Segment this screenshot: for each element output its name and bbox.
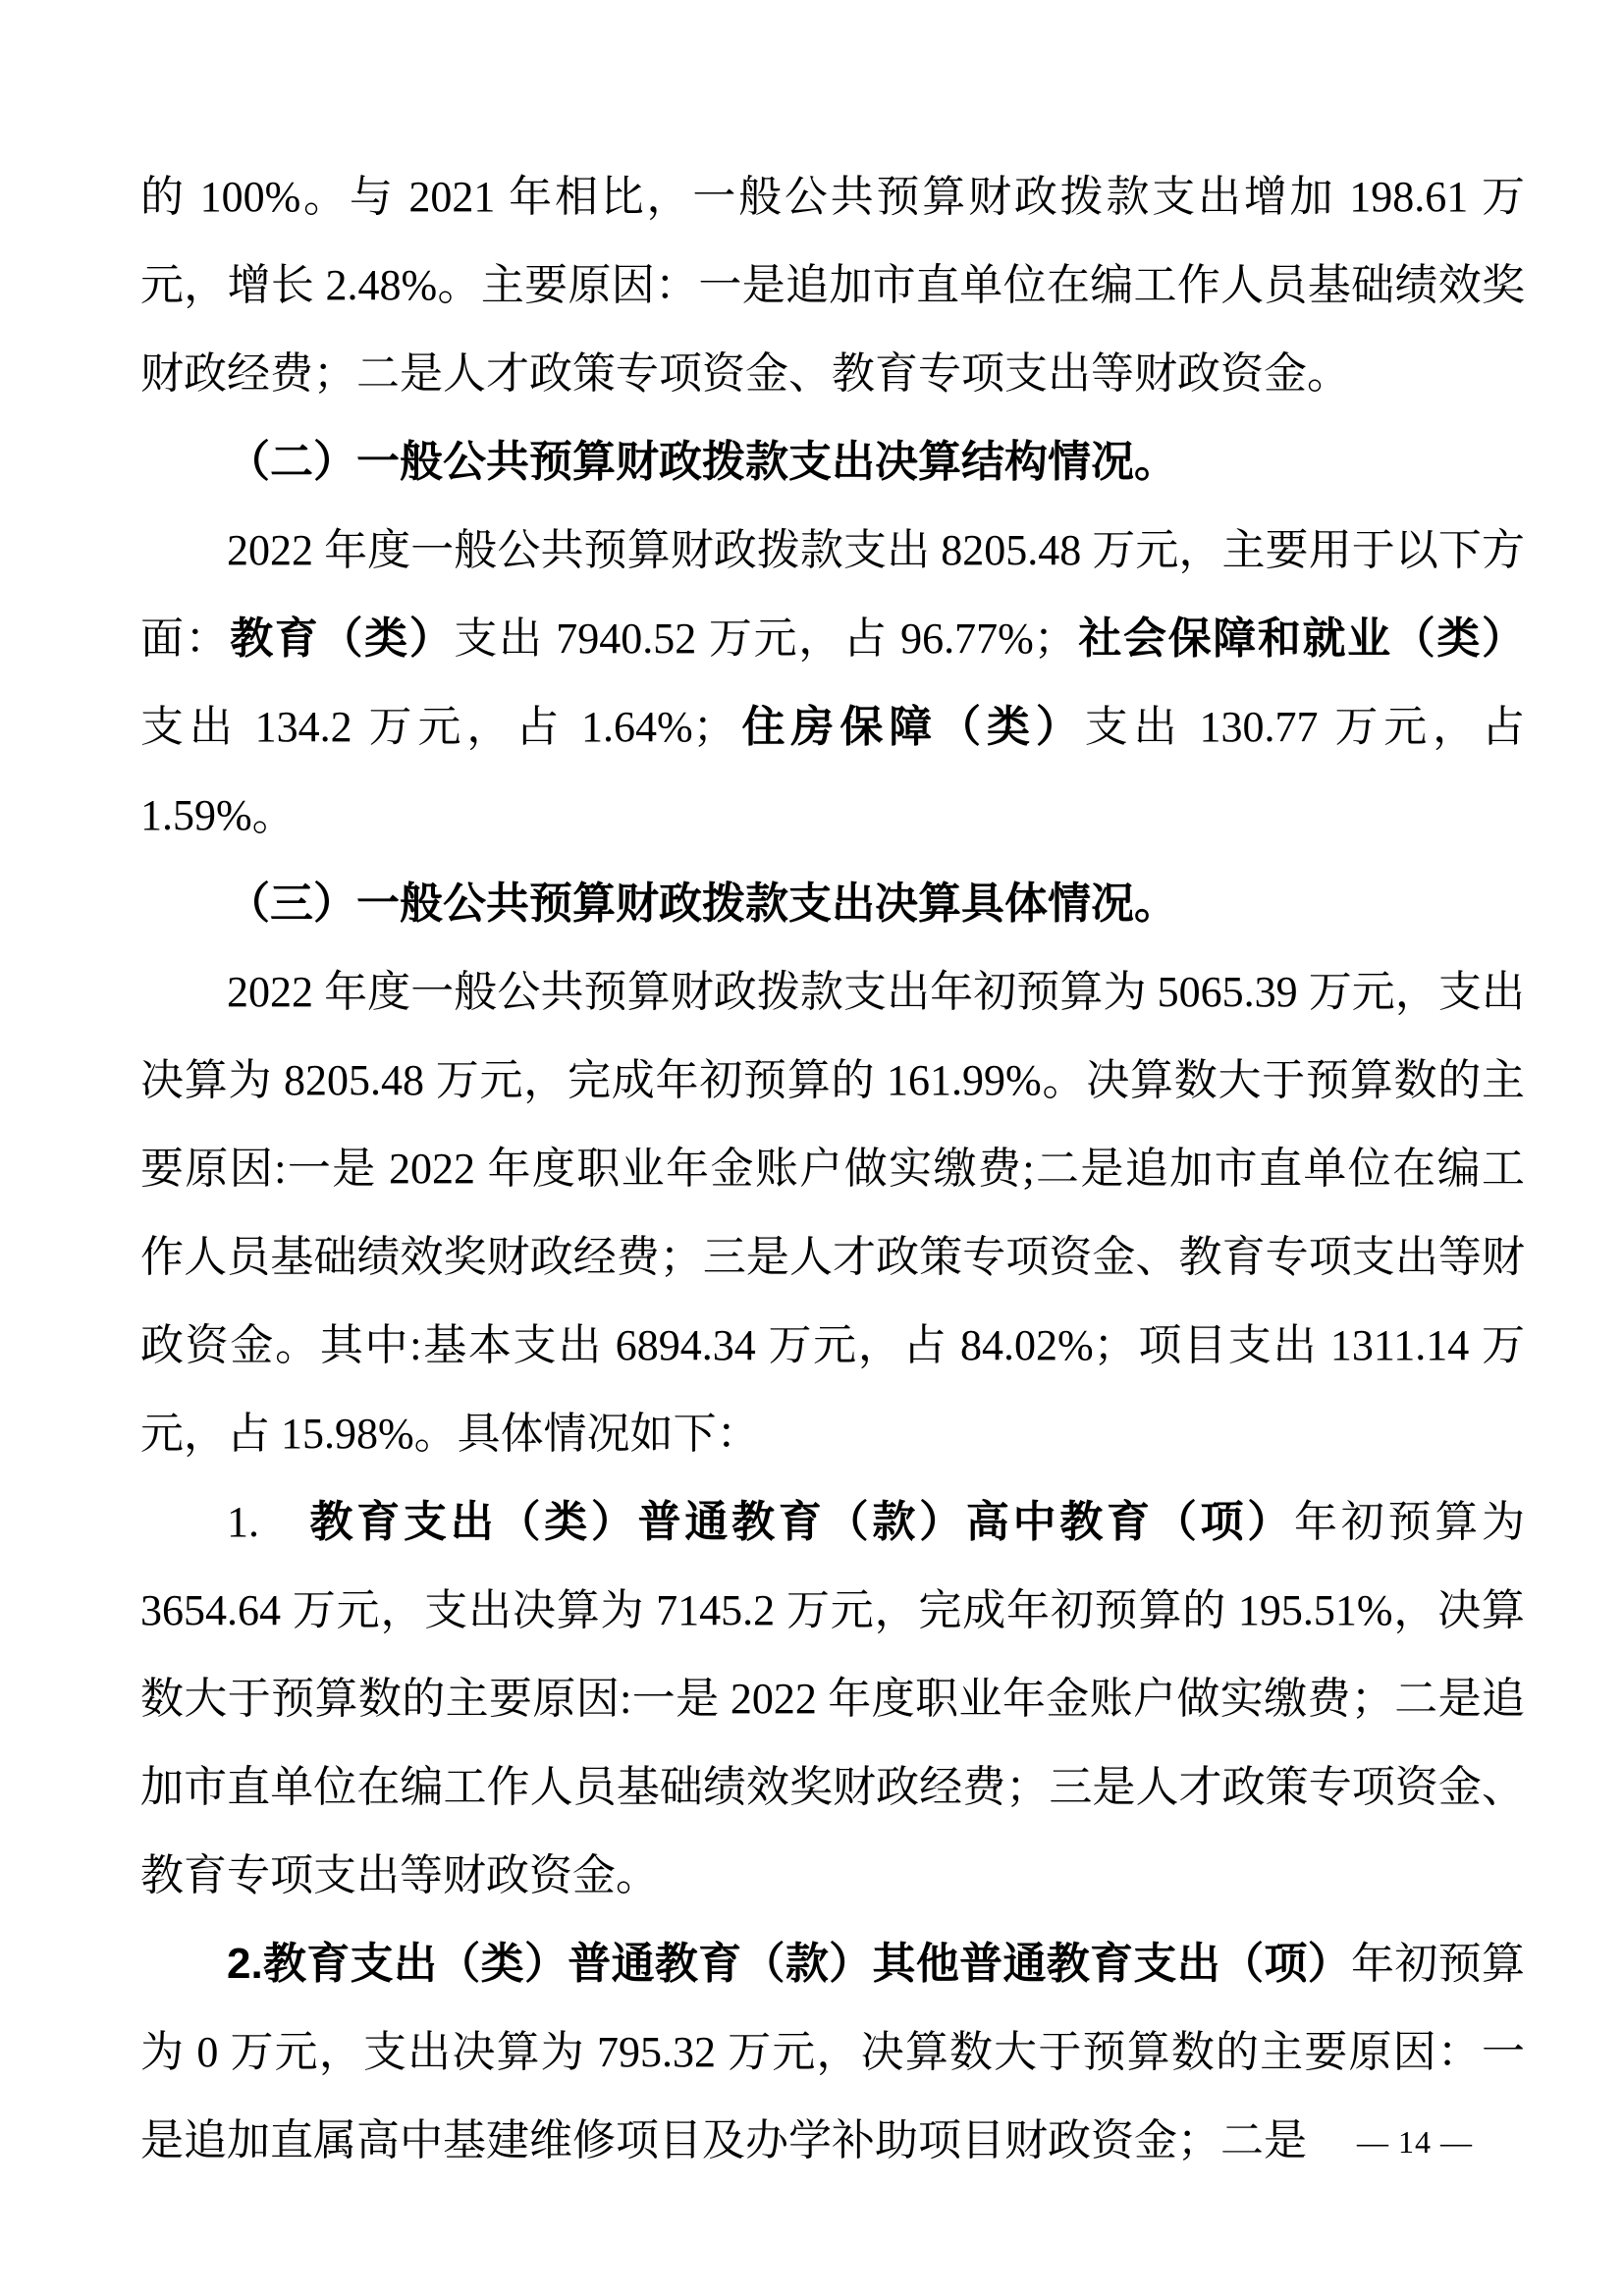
- text-run: 1.: [227, 1498, 309, 1546]
- text-run: 支出 7940.52 万元，占 96.77%；: [454, 614, 1076, 663]
- bold-text-run: 2.教育支出（类）普通教育（款）其他普通教育支出（项）: [227, 1940, 1351, 1988]
- bold-text-run: （二）一般公共预算财政拨款支出决算结构情况。: [227, 438, 1177, 486]
- text-run: 年初预算为 3654.64 万元，支出决算为 7145.2 万元，完成年初预算的…: [140, 1498, 1525, 1899]
- document-page: 的 100%。与 2021 年相比，一般公共预算财政拨款支出增加 198.61 …: [0, 0, 1624, 2296]
- paragraph-expenditure-detail-overview: 2022 年度一般公共预算财政拨款支出年初预算为 5065.39 万元，支出决算…: [140, 948, 1525, 1478]
- paragraph-continued-from-previous-page: 的 100%。与 2021 年相比，一般公共预算财政拨款支出增加 198.61 …: [140, 153, 1525, 418]
- document-body: 的 100%。与 2021 年相比，一般公共预算财政拨款支出增加 198.61 …: [140, 153, 1525, 2185]
- paragraph-item-2: 2.教育支出（类）普通教育（款）其他普通教育支出（项）年初预算为 0 万元，支出…: [140, 1920, 1525, 2185]
- bold-text-run: 教育（类）: [230, 614, 454, 663]
- paragraph-expenditure-structure: 2022 年度一般公共预算财政拨款支出 8205.48 万元，主要用于以下方面：…: [140, 507, 1525, 860]
- bold-text-run: （三）一般公共预算财政拨款支出决算具体情况。: [227, 880, 1177, 928]
- bold-text-run: 住房保障（类）: [736, 703, 1085, 751]
- bold-text-run: 社会保障和就业（类）: [1077, 614, 1525, 663]
- text-run: 支出 134.2 万元，占 1.64%；: [140, 703, 736, 751]
- text-run: 的 100%。与 2021 年相比，一般公共预算财政拨款支出增加 198.61 …: [140, 173, 1525, 398]
- section-heading-3: （三）一般公共预算财政拨款支出决算具体情况。: [140, 860, 1525, 948]
- page-number: — 14 —: [1357, 2120, 1473, 2163]
- text-run: 2022 年度一般公共预算财政拨款支出年初预算为 5065.39 万元，支出决算…: [140, 968, 1525, 1458]
- section-heading-2: （二）一般公共预算财政拨款支出决算结构情况。: [140, 418, 1525, 507]
- bold-text-run: 教育支出（类）普通教育（款）高中教育（项）: [309, 1498, 1294, 1546]
- paragraph-item-1: 1. 教育支出（类）普通教育（款）高中教育（项）年初预算为 3654.64 万元…: [140, 1478, 1525, 1920]
